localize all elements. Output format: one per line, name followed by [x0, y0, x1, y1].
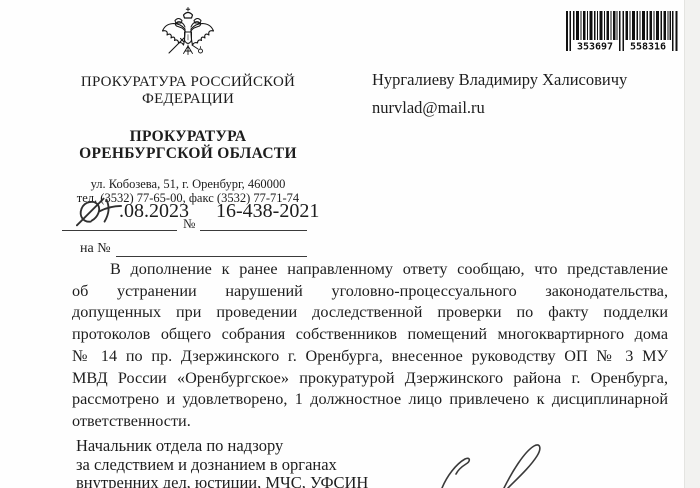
- handwritten-date-ink: [76, 196, 122, 227]
- body-line: протоколов общего собрания собственников…: [72, 324, 668, 346]
- barcode-digits-left: 353697: [577, 42, 613, 52]
- body-line: № 14 по пр. Дзержинского г. Оренбурга, в…: [72, 346, 668, 368]
- mail-barcode: 353697 558316: [566, 11, 678, 51]
- reference-rule: [116, 256, 307, 257]
- outgoing-number: 16-438-2021: [216, 200, 319, 223]
- body-line: допущенных при проведении доследственной…: [72, 302, 668, 324]
- org-address: ул. Кобозева, 51, г. Оренбург, 460000: [40, 178, 336, 192]
- number-rule: [200, 230, 307, 231]
- barcode-digits-right: 558316: [630, 42, 666, 52]
- body-line: ответственности.: [72, 411, 668, 433]
- signer-title: Начальник отдела по надзору за следствие…: [76, 437, 368, 488]
- scan-edge-strip: [684, 0, 700, 488]
- scanned-letter-page: ПРОКУРАТУРА РОССИЙСКОЙ ФЕДЕРАЦИИ ПРОКУРА…: [0, 0, 700, 488]
- body-line: рассмотрено и удовлетворено, 1 должностн…: [72, 389, 668, 411]
- letter-body: В дополнение к ранее направленному ответ…: [72, 259, 668, 433]
- number-sign: №: [183, 216, 195, 232]
- signer-title-line1: Начальник отдела по надзору: [76, 437, 368, 456]
- body-line: об устранении нарушений уголовно-процесс…: [72, 281, 668, 303]
- recipient-name: Нургалиеву Владимиру Халисовичу: [372, 70, 627, 90]
- body-line: В дополнение к ранее направленному ответ…: [72, 259, 668, 281]
- dept-name-line1: ПРОКУРАТУРА: [40, 128, 336, 145]
- letterhead: ПРОКУРАТУРА РОССИЙСКОЙ ФЕДЕРАЦИИ ПРОКУРА…: [40, 0, 336, 205]
- signer-title-line2: за следствием и дознанием в органах: [76, 456, 368, 475]
- date-rule: [62, 230, 177, 231]
- org-name-line1: ПРОКУРАТУРА РОССИЙСКОЙ: [40, 74, 336, 91]
- signer-title-line3: внутренних дел, юстиции, МЧС, УФСИН: [76, 474, 368, 488]
- letter-date: .08.2023: [119, 200, 189, 223]
- org-name-line2: ФЕДЕРАЦИИ: [40, 91, 336, 108]
- reference-label: на №: [80, 241, 111, 257]
- dept-name-line2: ОРЕНБУРГСКОЙ ОБЛАСТИ: [40, 145, 336, 162]
- russia-coat-of-arms-icon: [160, 3, 216, 61]
- recipient-email: nurvlad@mail.ru: [372, 98, 485, 118]
- handwritten-signature: [420, 442, 580, 488]
- body-line: МВД России «Оренбургское» прокуратурой Д…: [72, 368, 668, 390]
